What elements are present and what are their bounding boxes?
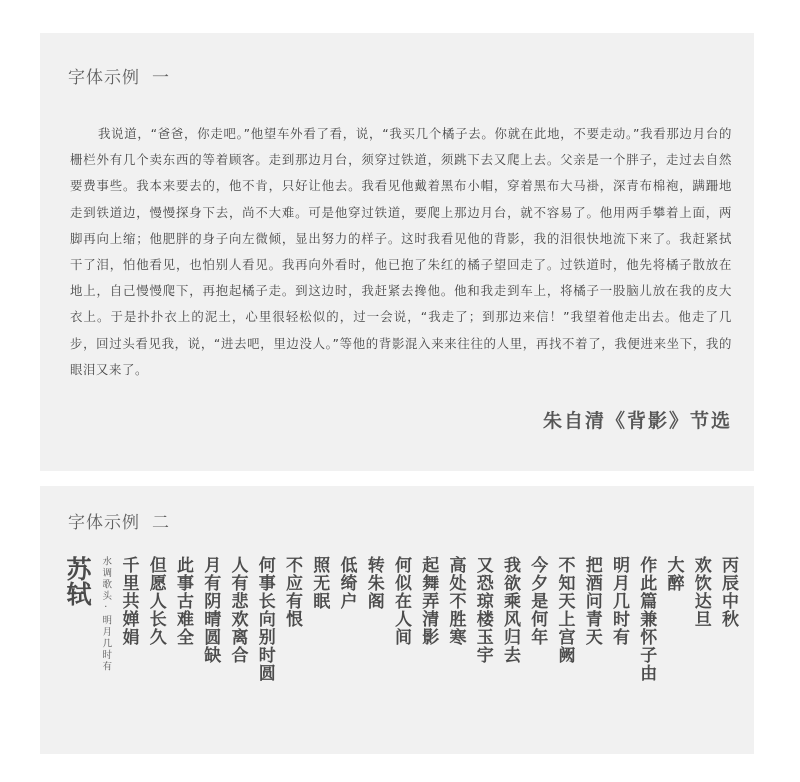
poem-column: 明月几时有: [609, 556, 629, 646]
section-title-1: 字体示例一: [68, 63, 170, 88]
font-sample-panel-1: 字体示例一 我说道，“爸爸，你走吧。”他望车外看了看，说，“我买几个橘子去。你就…: [40, 33, 754, 471]
poem-column: 但愿人长久: [146, 556, 166, 646]
section-number: 一: [152, 68, 170, 88]
vertical-poem: 丙辰中秋 欢饮达旦 大醉 作此篇兼怀子由 明月几时有 把酒问青天 不知天上宫阙 …: [62, 556, 738, 736]
section-title-text: 字体示例: [68, 513, 140, 533]
section-number: 二: [152, 513, 170, 533]
poem-column: 何事长向别时圆: [255, 556, 275, 682]
poem-column: 又恐琼楼玉宇: [473, 556, 493, 664]
attribution: 朱自清《背影》节选: [543, 406, 732, 433]
poem-column: 把酒问青天: [582, 556, 602, 646]
poem-column: 高处不胜寒: [446, 556, 466, 646]
poem-column: 转朱阁: [364, 556, 384, 610]
poem-subtitle: 水调歌头·明月几时有: [99, 556, 111, 673]
section-title-2: 字体示例二: [68, 508, 170, 533]
poem-column: 大醉: [664, 556, 684, 592]
poem-column: 千里共婵娟: [119, 556, 139, 646]
section-title-text: 字体示例: [68, 68, 140, 88]
font-sample-panel-2: 字体示例二 丙辰中秋 欢饮达旦 大醉 作此篇兼怀子由 明月几时有 把酒问青天 不…: [40, 486, 754, 754]
poem-column: 照无眠: [309, 556, 329, 610]
poem-column: 作此篇兼怀子由: [636, 556, 656, 682]
sample-paragraph: 我说道，“爸爸，你走吧。”他望车外看了看，说，“我买几个橘子去。你就在此地，不要…: [70, 121, 732, 383]
poem-column: 起舞弄清影: [418, 556, 438, 646]
poem-column: 不知天上宫阙: [555, 556, 575, 664]
poem-column: 今夕是何年: [527, 556, 547, 646]
poem-author: 苏轼: [62, 556, 92, 606]
poem-column: 何似在人间: [391, 556, 411, 646]
poem-column: 人有悲欢离合: [228, 556, 248, 664]
poem-column: 丙辰中秋: [718, 556, 738, 628]
poem-column: 我欲乘风归去: [500, 556, 520, 664]
poem-column: 低绮户: [337, 556, 357, 610]
poem-column: 月有阴晴圆缺: [200, 556, 220, 664]
poem-column: 此事古难全: [173, 556, 193, 646]
poem-column: 不应有恨: [282, 556, 302, 628]
poem-column: 欢饮达旦: [691, 556, 711, 628]
